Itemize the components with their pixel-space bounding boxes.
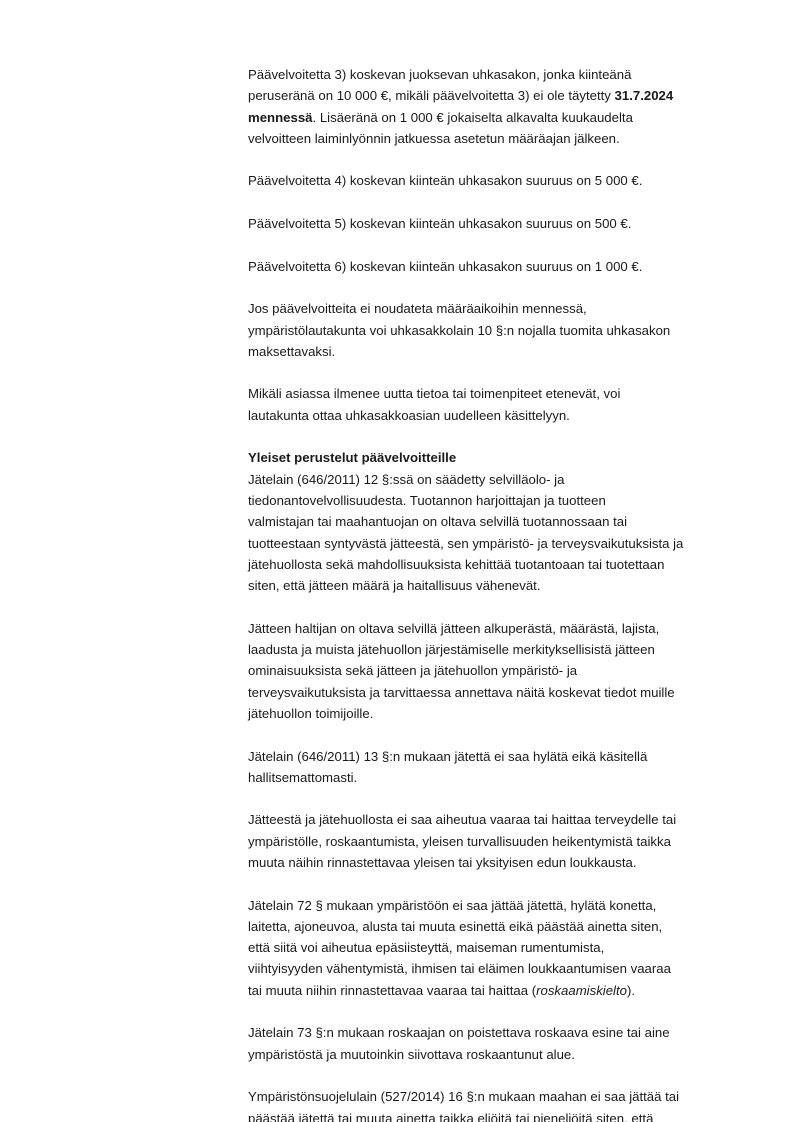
text-line: lautakunta ottaa uhkasakkoasian uudellee… <box>248 405 778 426</box>
paragraph-deadline-consequence: Jos päävelvoitteita ei noudateta määräai… <box>248 298 778 362</box>
paragraph-no-harm: Jätteestä ja jätehuollosta ei saa aiheut… <box>248 809 778 873</box>
paragraph-penalty-4: Päävelvoitetta 4) koskevan kiinteän uhka… <box>248 170 778 191</box>
text-segment: ominaisuuksista sekä jätteen ja jätehuol… <box>248 663 577 678</box>
bold-text: 31.7.2024 <box>615 88 674 103</box>
text-segment: Mikäli asiassa ilmenee uutta tietoa tai … <box>248 386 620 401</box>
paragraph-env-protection-16: Ympäristönsuojelulain (527/2014) 16 §:n … <box>248 1086 778 1122</box>
text-line: ympäristöstä ja muutoinkin siivottava ro… <box>248 1044 778 1065</box>
text-segment: siten, että jätteen määrä ja haitallisuu… <box>248 578 541 593</box>
paragraph-penalty-6: Päävelvoitetta 6) koskevan kiinteän uhka… <box>248 256 778 277</box>
text-line: tuotteestaan syntyvästä jätteestä, sen y… <box>248 533 778 554</box>
text-line: Päävelvoitetta 3) koskevan juoksevan uhk… <box>248 64 778 85</box>
text-line: tai muuta niihin rinnastettavaa vaaraa t… <box>248 980 778 1001</box>
text-line: jätehuollosta sekä mahdollisuuksista keh… <box>248 554 778 575</box>
text-line: maksettavaksi. <box>248 341 778 362</box>
text-line: Jätelain 72 § mukaan ympäristöön ei saa … <box>248 895 778 916</box>
section-heading: Yleiset perustelut päävelvoitteille <box>248 447 778 468</box>
text-segment: Jätteestä ja jätehuollosta ei saa aiheut… <box>248 812 676 827</box>
text-segment: tai muuta niihin rinnastettavaa vaaraa t… <box>248 983 536 998</box>
paragraph-general-grounds: Yleiset perustelut päävelvoitteilleJätel… <box>248 447 778 596</box>
text-segment: Päävelvoitetta 3) koskevan juoksevan uhk… <box>248 67 631 82</box>
text-line: peruseränä on 10 000 €, mikäli päävelvoi… <box>248 85 778 106</box>
document-body: Päävelvoitetta 3) koskevan juoksevan uhk… <box>248 64 778 1122</box>
text-line: ympäristölautakunta voi uhkasakkolain 10… <box>248 320 778 341</box>
text-line: laadusta ja muista jätehuollon järjestäm… <box>248 639 778 660</box>
text-segment: Päävelvoitetta 6) koskevan kiinteän uhka… <box>248 259 642 274</box>
text-line: että siitä voi aiheutua epäsiisteyttä, m… <box>248 937 778 958</box>
text-line: terveysvaikutuksista ja tarvittaessa ann… <box>248 682 778 703</box>
text-line: viihtyisyyden vähentymistä, ihmisen tai … <box>248 958 778 979</box>
text-segment: . Lisäeränä on 1 000 € jokaiselta alkava… <box>313 110 633 125</box>
text-segment: laadusta ja muista jätehuollon järjestäm… <box>248 642 655 657</box>
paragraph-penalty-3: Päävelvoitetta 3) koskevan juoksevan uhk… <box>248 64 778 149</box>
text-segment: Jätelain (646/2011) 12 §:ssä on säädetty… <box>248 472 564 487</box>
text-segment: hallitsemattomasti. <box>248 770 357 785</box>
paragraph-waste-holder: Jätteen haltijan on oltava selvillä jätt… <box>248 618 778 724</box>
text-line: Jätelain (646/2011) 13 §:n mukaan jätett… <box>248 746 778 767</box>
text-segment: että siitä voi aiheutua epäsiisteyttä, m… <box>248 940 604 955</box>
text-segment: Jätelain (646/2011) 13 §:n mukaan jätett… <box>248 749 647 764</box>
bold-text: mennessä <box>248 110 313 125</box>
paragraph-section-73: Jätelain 73 §:n mukaan roskaajan on pois… <box>248 1022 778 1065</box>
text-segment: jätehuollosta sekä mahdollisuuksista keh… <box>248 557 664 572</box>
text-line: mennessä. Lisäeränä on 1 000 € jokaiselt… <box>248 107 778 128</box>
text-segment: ympäristölautakunta voi uhkasakkolain 10… <box>248 323 670 338</box>
text-segment: terveysvaikutuksista ja tarvittaessa ann… <box>248 685 675 700</box>
text-line: ympäristölle, roskaantumista, yleisen tu… <box>248 831 778 852</box>
text-segment: ). <box>627 983 635 998</box>
text-line: valmistajan tai maahantuojan on oltava s… <box>248 511 778 532</box>
text-segment: ympäristöstä ja muutoinkin siivottava ro… <box>248 1047 575 1062</box>
text-segment: ympäristölle, roskaantumista, yleisen tu… <box>248 834 671 849</box>
text-segment: tiedonantovelvollisuudesta. Tuotannon ha… <box>248 493 606 508</box>
text-line: Päävelvoitetta 5) koskevan kiinteän uhka… <box>248 213 778 234</box>
text-line: Jätteen haltijan on oltava selvillä jätt… <box>248 618 778 639</box>
text-line: laitetta, ajoneuvoa, alusta tai muuta es… <box>248 916 778 937</box>
text-line: siten, että jätteen määrä ja haitallisuu… <box>248 575 778 596</box>
text-line: Jätteestä ja jätehuollosta ei saa aiheut… <box>248 809 778 830</box>
text-line: Jätelain 73 §:n mukaan roskaajan on pois… <box>248 1022 778 1043</box>
text-line: Jätelain (646/2011) 12 §:ssä on säädetty… <box>248 469 778 490</box>
text-segment: Jos päävelvoitteita ei noudateta määräai… <box>248 301 587 316</box>
text-segment: päästää jätettä tai muuta ainetta taikka… <box>248 1111 653 1122</box>
text-segment: Päävelvoitetta 5) koskevan kiinteän uhka… <box>248 216 631 231</box>
paragraph-new-information: Mikäli asiassa ilmenee uutta tietoa tai … <box>248 383 778 426</box>
text-segment: velvoitteen laiminlyönnin jatkuessa aset… <box>248 131 620 146</box>
text-line: Päävelvoitetta 6) koskevan kiinteän uhka… <box>248 256 778 277</box>
text-segment: lautakunta ottaa uhkasakkoasian uudellee… <box>248 408 570 423</box>
text-line: ominaisuuksista sekä jätteen ja jätehuol… <box>248 660 778 681</box>
text-line: Jos päävelvoitteita ei noudateta määräai… <box>248 298 778 319</box>
text-segment: muuta näihin rinnastettavaa yleisen tai … <box>248 855 637 870</box>
text-segment: Ympäristönsuojelulain (527/2014) 16 §:n … <box>248 1089 679 1104</box>
text-segment: Päävelvoitetta 4) koskevan kiinteän uhka… <box>248 173 642 188</box>
paragraph-section-72: Jätelain 72 § mukaan ympäristöön ei saa … <box>248 895 778 1001</box>
text-segment: viihtyisyyden vähentymistä, ihmisen tai … <box>248 961 671 976</box>
text-segment: maksettavaksi. <box>248 344 335 359</box>
document-page: Päävelvoitetta 3) koskevan juoksevan uhk… <box>0 0 794 1122</box>
text-segment: Jätteen haltijan on oltava selvillä jätt… <box>248 621 659 636</box>
text-line: jätehuollon toimijoille. <box>248 703 778 724</box>
text-line: päästää jätettä tai muuta ainetta taikka… <box>248 1108 778 1122</box>
text-line: Mikäli asiassa ilmenee uutta tietoa tai … <box>248 383 778 404</box>
text-segment: Jätelain 72 § mukaan ympäristöön ei saa … <box>248 898 656 913</box>
text-segment: Jätelain 73 §:n mukaan roskaajan on pois… <box>248 1025 670 1040</box>
text-segment: laitetta, ajoneuvoa, alusta tai muuta es… <box>248 919 662 934</box>
text-segment: tuotteestaan syntyvästä jätteestä, sen y… <box>248 536 683 551</box>
text-line: velvoitteen laiminlyönnin jatkuessa aset… <box>248 128 778 149</box>
text-segment: peruseränä on 10 000 €, mikäli päävelvoi… <box>248 88 615 103</box>
text-segment: jätehuollon toimijoille. <box>248 706 373 721</box>
text-line: tiedonantovelvollisuudesta. Tuotannon ha… <box>248 490 778 511</box>
text-line: hallitsemattomasti. <box>248 767 778 788</box>
text-segment: valmistajan tai maahantuojan on oltava s… <box>248 514 627 529</box>
text-line: muuta näihin rinnastettavaa yleisen tai … <box>248 852 778 873</box>
text-line: Päävelvoitetta 4) koskevan kiinteän uhka… <box>248 170 778 191</box>
paragraph-section-13: Jätelain (646/2011) 13 §:n mukaan jätett… <box>248 746 778 789</box>
paragraph-penalty-5: Päävelvoitetta 5) koskevan kiinteän uhka… <box>248 213 778 234</box>
italic-text: roskaamiskielto <box>536 983 627 998</box>
text-line: Ympäristönsuojelulain (527/2014) 16 §:n … <box>248 1086 778 1107</box>
